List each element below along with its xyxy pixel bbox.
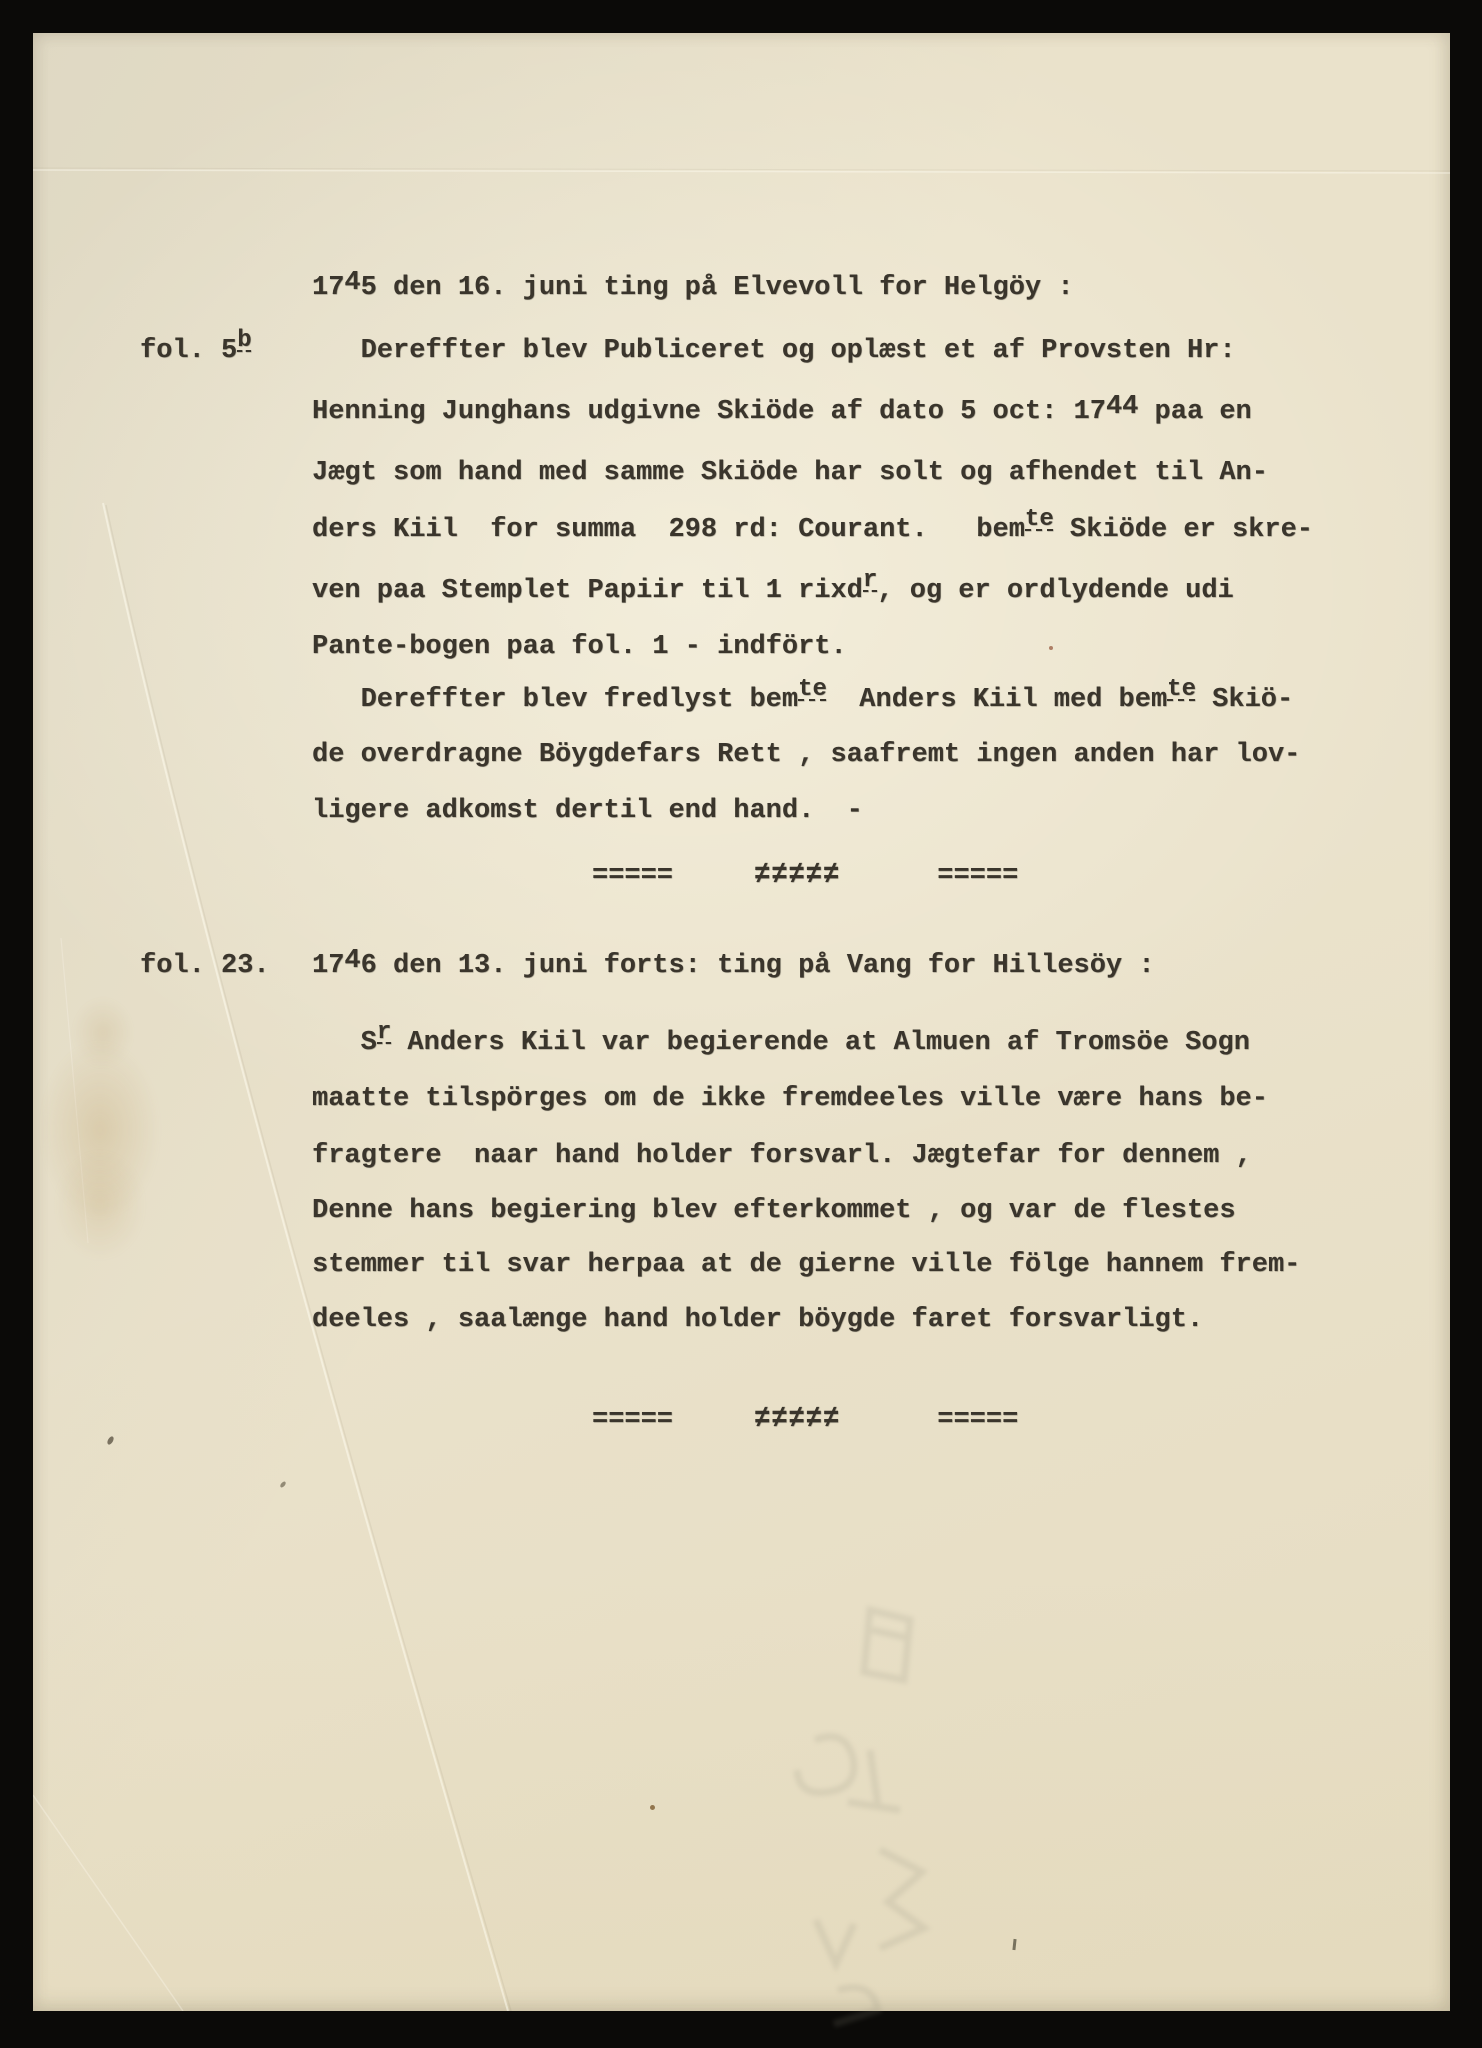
body-line: Henning Junghans udgivne Skiöde af dato …	[312, 397, 1252, 428]
ink-speck	[106, 1435, 115, 1445]
entry1-heading: 1745 den 16. juni ting på Elvevoll for H…	[312, 273, 1074, 304]
scan-frame: 1745 den 16. juni ting på Elvevoll for H…	[0, 0, 1482, 2048]
ink-tick	[1012, 1939, 1016, 1950]
entry2-heading: 1746 den 13. juni forts: ting på Vang fo…	[312, 951, 1155, 982]
body-line: Dereffter blev fredlyst bemte Anders Kii…	[312, 685, 1293, 716]
body-line: Denne hans begiering blev efterkommet , …	[312, 1196, 1236, 1227]
body-line: Jægt som hand med samme Skiöde har solt …	[312, 458, 1268, 489]
body-line: deeles , saalænge hand holder böygde far…	[312, 1305, 1203, 1336]
body-line: ders Kiil for summa 298 rd: Courant. bem…	[312, 515, 1313, 546]
body-line: stemmer til svar herpaa at de gierne vil…	[312, 1250, 1300, 1281]
section-separator: ===== ≠≠≠≠≠ =====	[592, 1405, 1018, 1436]
stain-blotch	[40, 1040, 160, 1220]
entry2-folio-label: fol. 23.	[140, 951, 270, 982]
body-line: de overdragne Böygdefars Rett , saafremt…	[312, 740, 1300, 771]
document-page: 1745 den 16. juni ting på Elvevoll for H…	[33, 33, 1450, 2011]
body-line: ligere adkomst dertil end hand. -	[312, 796, 863, 827]
ink-speck	[279, 1481, 287, 1489]
rust-dot	[650, 1805, 655, 1810]
body-line: Dereffter blev Publiceret og oplæst et a…	[312, 336, 1236, 367]
body-line: maatte tilspörges om de ikke fremdeeles …	[312, 1084, 1268, 1115]
section-separator: ===== ≠≠≠≠≠ =====	[592, 861, 1018, 892]
body-line: ven paa Stemplet Papiir til 1 rixdr, og …	[312, 576, 1234, 607]
body-line: Pante-bogen paa fol. 1 - indfört.	[312, 632, 847, 663]
stain-blotch	[55, 1150, 145, 1260]
stain-blotch	[73, 998, 133, 1068]
bleedthrough-ghost-text	[720, 1590, 940, 2048]
body-line: fragtere naar hand holder forsvarl. Jægt…	[312, 1141, 1252, 1172]
entry1-folio-label: fol. 5b	[140, 336, 252, 367]
body-line: Sr Anders Kiil var begierende at Almuen …	[312, 1028, 1250, 1059]
rust-dot	[1049, 646, 1053, 650]
